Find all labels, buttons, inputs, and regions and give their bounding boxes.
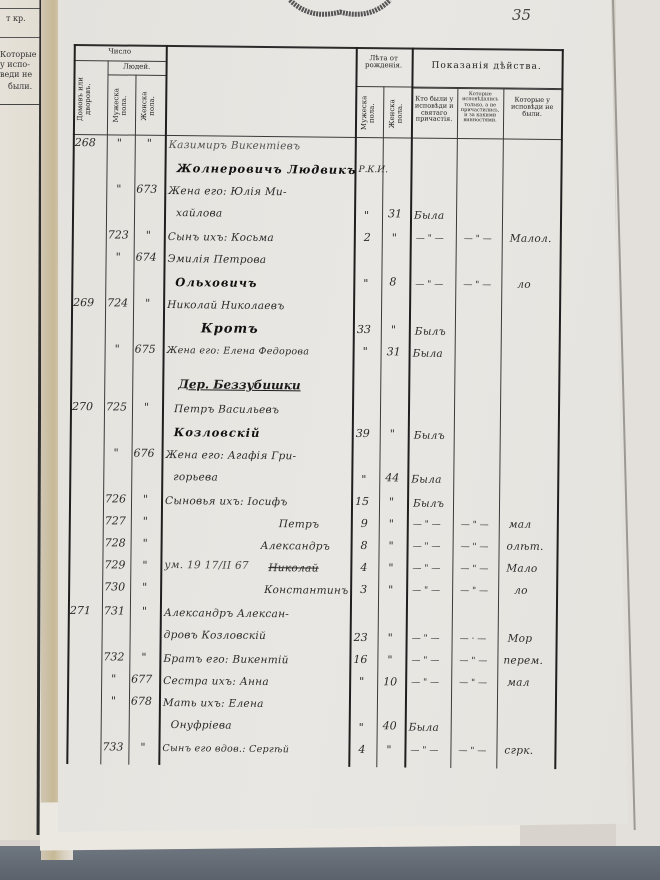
row-23-ne-byli: мал <box>507 677 530 689</box>
register-table: Число Людей. Домовъ или дворовъ. Мужеска… <box>66 28 566 773</box>
row-8-age-f: " <box>391 323 396 336</box>
row-25-age-f: 40 <box>383 719 397 732</box>
row-6-name: Ольховичъ <box>175 275 257 290</box>
row-19-age-f: " <box>388 583 393 596</box>
row-15-male: 726 <box>105 492 126 505</box>
row-24-male: " <box>111 694 116 707</box>
left-page-header-1: т кр. <box>6 14 26 24</box>
row-18-byli: — " — <box>412 564 440 574</box>
row-3-age-f: 31 <box>388 207 402 220</box>
col-rule-5 <box>376 86 384 767</box>
row-17-name: Александръ <box>261 540 331 553</box>
row-7-name: Николай Николаевъ <box>167 299 285 312</box>
row-2-name: Жена его: Юлія Ми- <box>168 185 287 198</box>
row-18-tolko: — " — <box>460 564 488 574</box>
row-19-tolko: — " — <box>460 586 488 596</box>
row-21-byli: — " — <box>412 634 440 644</box>
row-22-ne-byli: перем. <box>503 655 543 667</box>
pokazanie-rule <box>411 88 563 91</box>
row-8-name: Кротъ <box>201 321 259 337</box>
row-2-male: " <box>116 182 121 195</box>
row-6-ne-byli: ло <box>517 279 531 291</box>
row-3-age-m: " <box>364 209 369 222</box>
row-23-age-f: 10 <box>383 675 397 688</box>
header-dvor: Домовъ или дворовъ. <box>77 68 104 130</box>
row-7-female: " <box>145 297 150 310</box>
header-leta-female: Женска пола. <box>389 91 407 135</box>
row-23-female: 677 <box>131 673 152 686</box>
row-0-name: Казимиръ Викентіевъ <box>169 139 301 152</box>
row-16-female: " <box>143 515 148 528</box>
row-11-name: Петръ Васильевъ <box>174 403 279 416</box>
row-15-name: Сыновья ихъ: Іосифъ <box>165 495 288 508</box>
row-4-age-m: 2 <box>364 231 371 244</box>
header-pokazanie: Показанія дѣйства. <box>412 62 562 73</box>
row-6-tolko: — " — <box>463 280 491 290</box>
row-14-age-m: " <box>361 473 366 486</box>
row-26-name: Сынъ его вдов.: Сергѣй <box>162 743 289 755</box>
header-byli: Кто были у исповѣди и святаго причастія. <box>413 96 455 124</box>
row-10-village: Дер. Беззубишки <box>178 377 301 392</box>
row-18-age-m: 4 <box>360 561 367 574</box>
row-11-male: 725 <box>106 400 127 413</box>
row-17-female: " <box>143 537 148 550</box>
header-female: Женска пола. <box>141 81 160 131</box>
row-6-byli: — " — <box>415 280 443 290</box>
row-13-female: 676 <box>133 447 154 460</box>
header-lyudey: Людей. <box>108 63 166 71</box>
row-17-male: 728 <box>105 536 126 549</box>
row-12-age-f: " <box>390 427 395 440</box>
row-1-name: Жолнеровичъ Людвикъ <box>176 161 356 177</box>
row-26-tolko: — " — <box>458 746 486 756</box>
row-4-name: Сынъ ихъ: Косьма <box>168 231 274 244</box>
left-page-header-5: были. <box>8 82 32 92</box>
row-0-male: " <box>117 136 122 149</box>
row-21-age-f: " <box>388 631 393 644</box>
row-11-female: " <box>144 401 149 414</box>
row-14-name: горьева <box>173 471 218 483</box>
row-22-name: Братъ его: Викентій <box>163 653 288 666</box>
row-6-age-f: 8 <box>389 275 396 288</box>
row-18-ne-byli: Мало <box>506 563 537 575</box>
row-22-byli: — " — <box>411 656 439 666</box>
row-9-female: 675 <box>135 343 156 356</box>
row-18-age-f: " <box>388 561 393 574</box>
row-19-ne-byli: ло <box>514 585 528 597</box>
row-4-female: " <box>146 229 151 242</box>
row-15-age-m: 15 <box>355 495 369 508</box>
row-23-age-m: " <box>359 675 364 688</box>
row-15-byli: Былъ <box>413 498 444 510</box>
row-4-ne-byli: Малол. <box>510 233 552 245</box>
row-17-age-m: 8 <box>361 539 368 552</box>
row-17-tolko: — " — <box>461 542 489 552</box>
row-16-male: 727 <box>105 514 126 527</box>
row-16-age-f: " <box>389 517 394 530</box>
row-11-dvor: 270 <box>72 400 93 413</box>
row-18-male: 729 <box>104 558 125 571</box>
row-26-age-f: " <box>386 743 391 756</box>
header-leta-male: Мужеска пола. <box>361 91 379 135</box>
row-22-age-f: " <box>387 653 392 666</box>
row-9-name: Жена его: Елена Федорова <box>167 345 310 357</box>
header-ne-byli: Которые у исповѣди не были. <box>505 97 559 118</box>
col-rule-2 <box>128 75 136 765</box>
row-19-name: Константинъ <box>264 584 348 597</box>
row-3-name: хайлова <box>176 207 223 219</box>
row-18-death-annotation: ум. 19 17/II 67 <box>164 559 249 572</box>
header-male: Мужеска пола. <box>113 80 132 130</box>
row-17-byli: — " — <box>413 542 441 552</box>
row-20-name: Александръ Алексан- <box>164 607 289 620</box>
row-22-male: 732 <box>103 650 124 663</box>
row-4-byli: — " — <box>416 234 444 244</box>
row-26-byli: — " — <box>410 746 438 756</box>
chislo-rule <box>74 60 166 62</box>
row-23-male: " <box>111 672 116 685</box>
left-page-fragment: т кр. Которые у испо- веди не были. <box>0 0 42 840</box>
left-page-header-2: Которые <box>0 50 36 60</box>
row-13-name: Жена его: Агафія Гри- <box>165 449 296 462</box>
row-0-female: " <box>147 137 152 150</box>
decorative-stamp-icon <box>280 0 400 18</box>
page-number: 35 <box>512 6 531 24</box>
left-page-header-3: у испо- <box>0 60 30 70</box>
row-8-byli: Былъ <box>415 326 446 338</box>
row-14-byli: Была <box>411 474 442 486</box>
row-19-byli: — " — <box>412 586 440 596</box>
row-16-ne-byli: мал <box>509 519 532 531</box>
row-17-age-f: " <box>389 539 394 552</box>
row-25-age-m: " <box>359 721 364 734</box>
header-leta: Лѣта от рожденія. <box>356 55 412 70</box>
row-9-male: " <box>115 342 120 355</box>
header-tolko: Которые исповѣдались только, а не причас… <box>459 92 501 124</box>
row-16-name: Петръ <box>279 518 320 530</box>
row-19-age-m: 3 <box>360 583 367 596</box>
row-26-ne-byli: сгрк. <box>504 745 533 757</box>
row-4-age-f: " <box>392 231 397 244</box>
row-5-female: 674 <box>136 251 157 264</box>
row-7-dvor: 269 <box>73 296 94 309</box>
col-rule-7 <box>450 88 458 768</box>
left-page-rule <box>0 104 40 105</box>
header-chislo: Число <box>74 48 166 56</box>
row-22-female: " <box>141 651 146 664</box>
row-20-female: " <box>142 605 147 618</box>
row-12-byli: Былъ <box>414 430 445 442</box>
row-9-age-m: " <box>363 345 368 358</box>
row-12-name: Козловскій <box>174 425 261 440</box>
row-22-age-m: 16 <box>353 653 367 666</box>
row-24-name: Мать ихъ: Елена <box>163 697 264 710</box>
row-8-age-m: 33 <box>357 323 371 336</box>
row-5-male: " <box>116 250 121 263</box>
desk-surface <box>0 846 660 880</box>
row-24-female: 678 <box>131 695 152 708</box>
row-21-tolko: — · — <box>460 634 487 644</box>
row-26-age-m: 4 <box>358 743 365 756</box>
row-4-tolko: — " — <box>464 234 492 244</box>
row-19-female: " <box>142 581 147 594</box>
row-25-byli: Была <box>409 722 440 734</box>
row-23-tolko: — " — <box>459 678 487 688</box>
row-5-name: Эмилія Петрова <box>168 253 267 266</box>
row-6-age-m: " <box>363 277 368 290</box>
row-25-name: Онуфріева <box>171 719 232 732</box>
row-18-name-struck: Николай <box>268 562 318 575</box>
row-16-byli: — " — <box>413 520 441 530</box>
row-20-male: 731 <box>104 604 125 617</box>
row-15-female: " <box>143 493 148 506</box>
row-13-male: " <box>113 446 118 459</box>
row-21-age-m: 23 <box>354 631 368 644</box>
row-23-byli: — " — <box>411 678 439 688</box>
row-3-byli: Была <box>414 210 445 222</box>
row-15-age-f: " <box>389 495 394 508</box>
row-14-age-f: 44 <box>385 471 399 484</box>
row-2-female: 673 <box>136 183 157 196</box>
row-26-male: 733 <box>102 740 123 753</box>
row-16-tolko: — " — <box>461 520 489 530</box>
row-7-male: 724 <box>107 296 128 309</box>
row-23-name: Сестра ихъ: Анна <box>163 675 269 688</box>
row-20-dvor: 271 <box>70 604 91 617</box>
row-9-byli: Была <box>413 348 444 360</box>
row-12-age-m: 39 <box>356 427 370 440</box>
row-4-male: 723 <box>108 228 129 241</box>
row-17-ne-byli: олѣт. <box>507 541 544 553</box>
row-19-male: 730 <box>104 580 125 593</box>
row-9-age-f: 31 <box>387 345 401 358</box>
left-page-header-4: веди не <box>0 70 32 80</box>
row-0-dvor: 268 <box>75 136 96 149</box>
row-1-age-m: Р.К.И. <box>358 165 388 175</box>
row-22-tolko: — " — <box>459 656 487 666</box>
row-18-female: " <box>142 559 147 572</box>
row-16-age-m: 9 <box>361 517 368 530</box>
row-21-name: дровъ Козловскій <box>164 629 267 642</box>
row-21-ne-byli: Мор <box>508 633 533 645</box>
row-26-female: " <box>140 741 145 754</box>
